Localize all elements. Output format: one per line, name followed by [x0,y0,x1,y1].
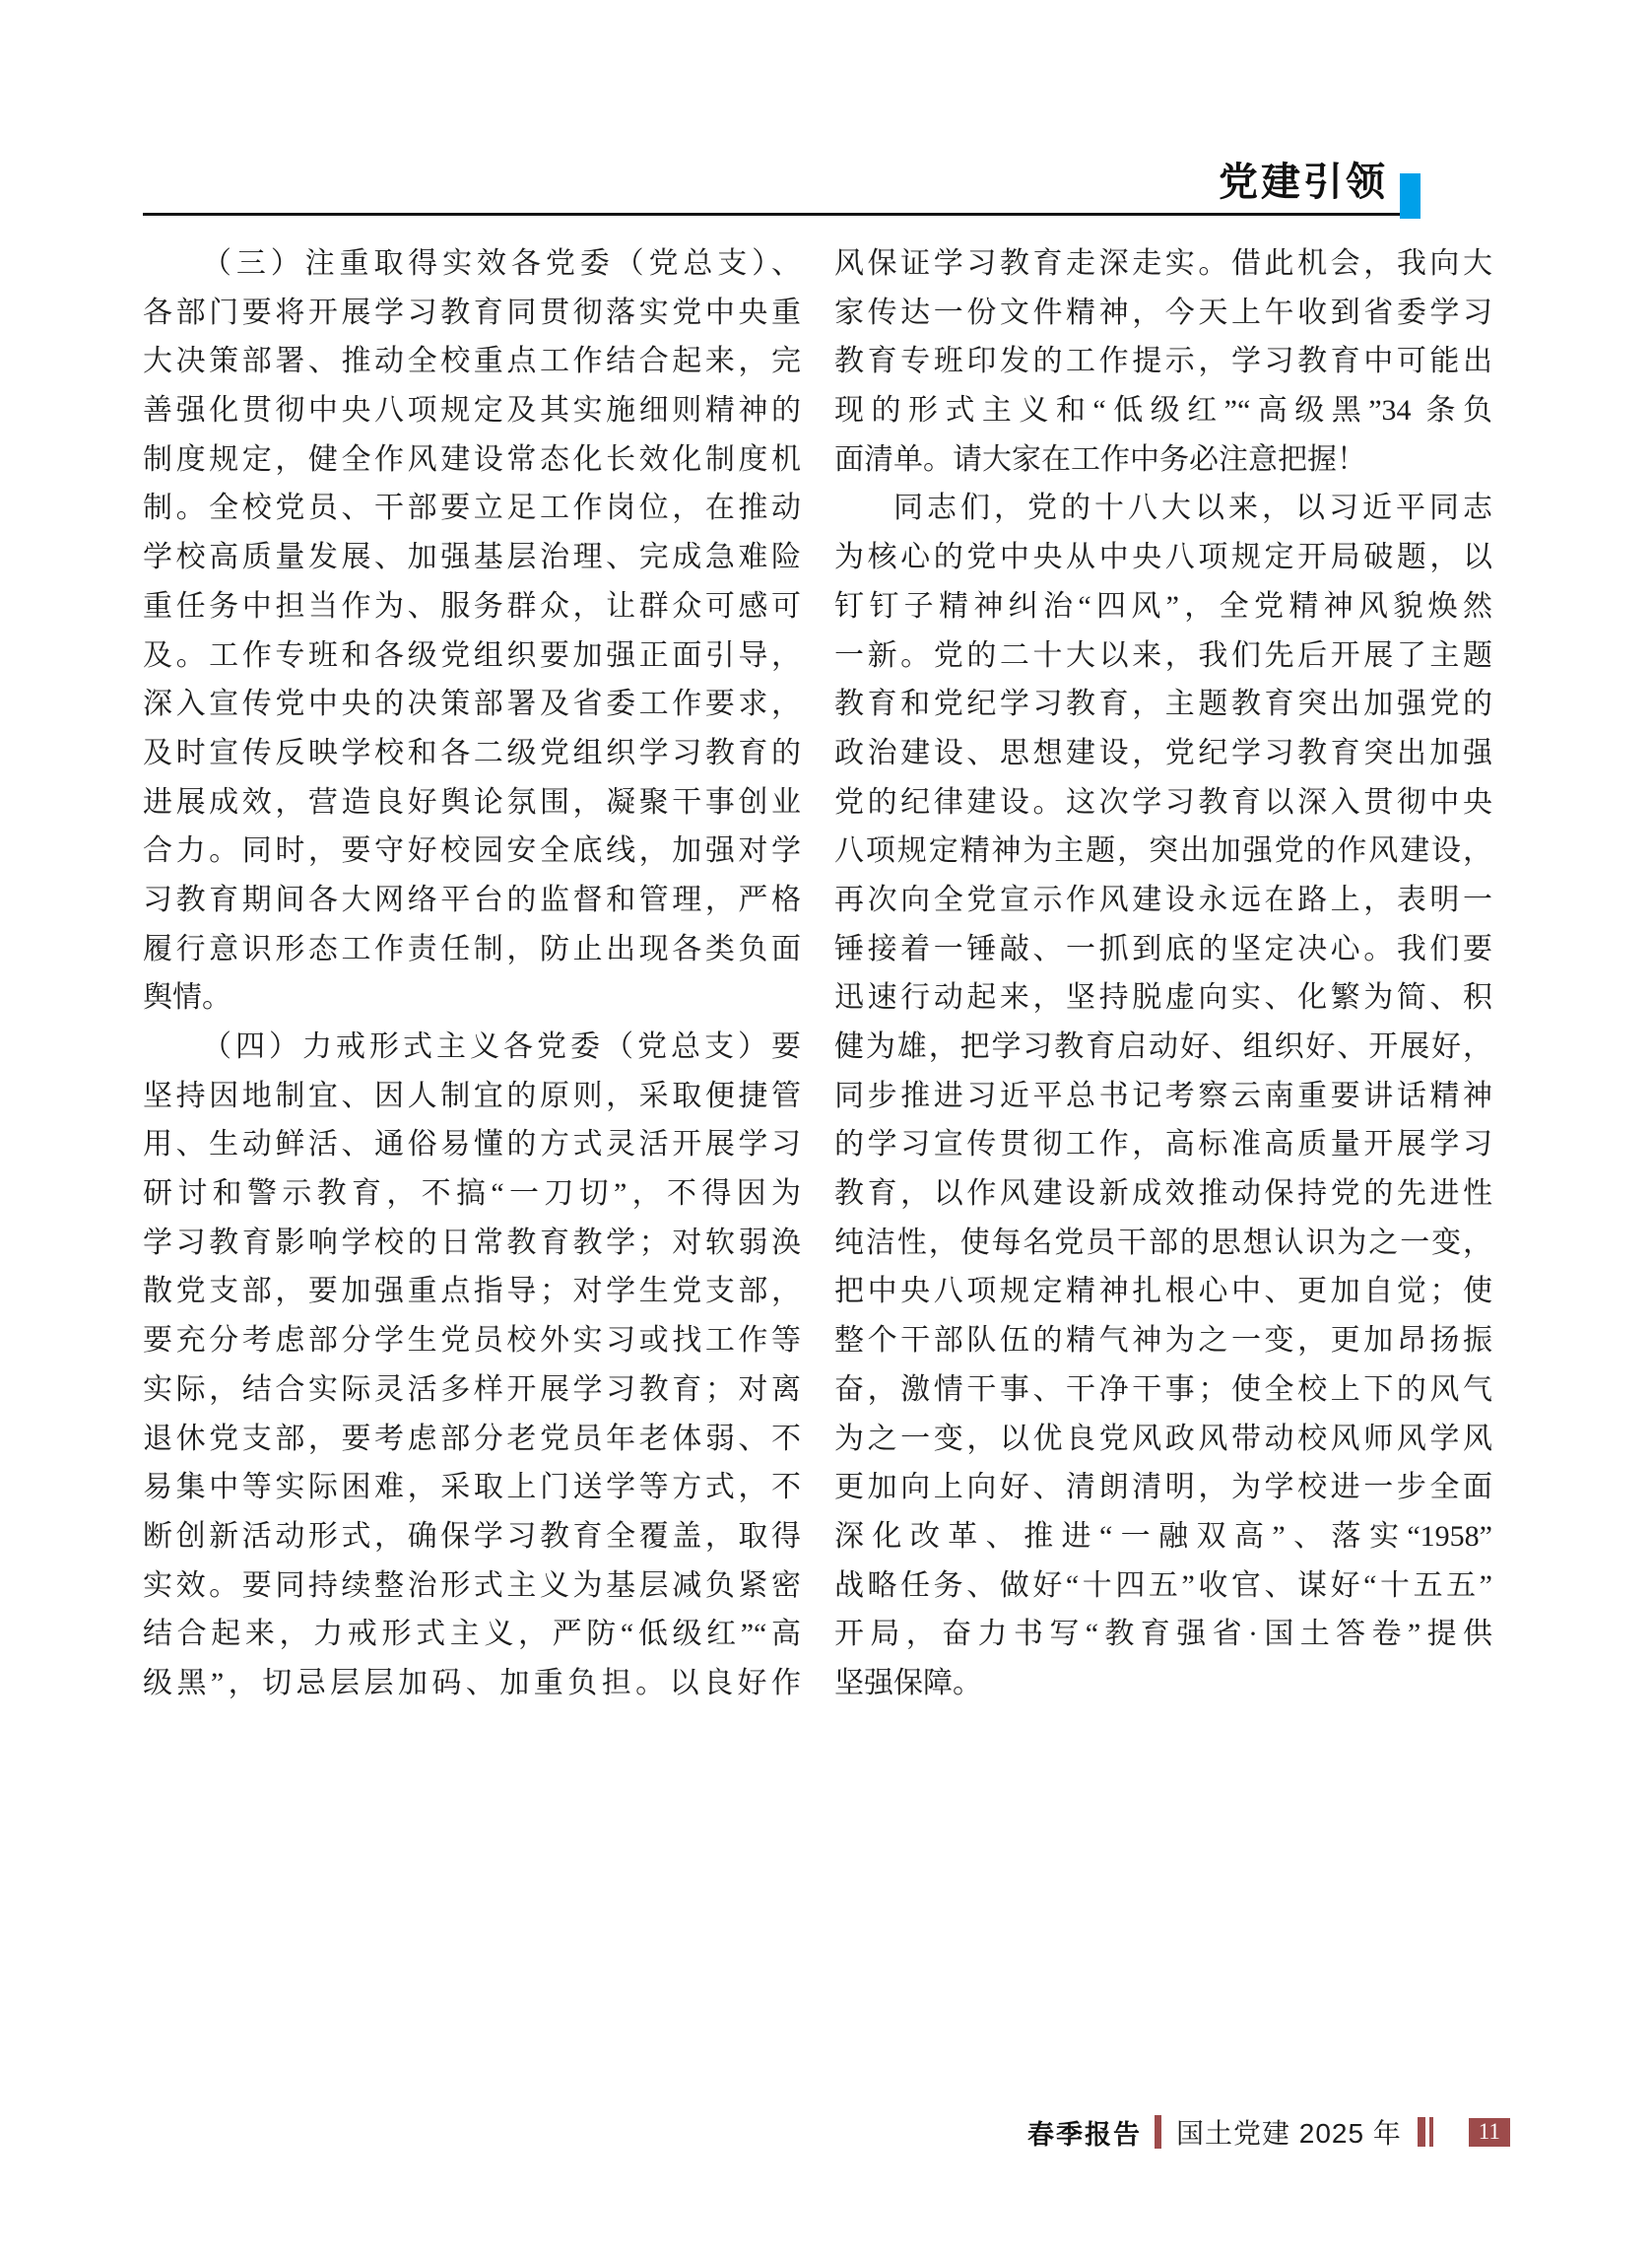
text-line: 健为雄，把学习教育启动好、组织好、开展好， [834,1023,1492,1072]
footer-report-name: 春季报告 [1027,2113,1142,2152]
text-line: 把中央八项规定精神扎根心中、更加自觉；使 [834,1267,1492,1316]
text-line: 退休党支部，要考虑部分老党员年老体弱、不 [143,1415,801,1464]
text-line: 易集中等实际困难，采取上门送学等方式，不 [143,1463,801,1512]
footer-double-bar-thin [1429,2117,1433,2147]
text-line: 再次向全党宣示作风建设永远在路上，表明一 [834,876,1492,925]
text-line: 坚持因地制宜、因人制宜的原则，采取便捷管 [143,1072,801,1121]
text-line: 整个干部队伍的精气神为之一变，更加昂扬振 [834,1316,1492,1365]
document-page: 党建引领 （三）注重取得实效各党委（党总支）、各部门要将开展学习教育同贯彻落实党… [0,0,1652,2257]
text-line: 大决策部署、推动全校重点工作结合起来，完 [143,337,801,386]
text-line: 奋，激情干事、干净干事；使全校上下的风气 [834,1365,1492,1415]
text-line: 舆情。 [143,973,801,1023]
text-line: 研讨和警示教育，不搞“一刀切”，不得因为 [143,1169,801,1219]
text-line: 开局，奋力书写“教育强省·国土答卷”提供 [834,1610,1492,1659]
text-line: 实际，结合实际灵活多样开展学习教育；对离 [143,1365,801,1415]
text-line: 断创新活动形式，确保学习教育全覆盖，取得 [143,1512,801,1561]
page-number-badge: 11 [1469,2118,1510,2147]
footer-double-bar [1418,2117,1433,2147]
text-line: 为之一变，以优良党风政风带动校风师风学风 [834,1415,1492,1464]
text-line: 用、生动鲜活、通俗易懂的方式灵活开展学习 [143,1120,801,1169]
text-line: 重任务中担当作为、服务群众，让群众可感可 [143,582,801,631]
left-column: （三）注重取得实效各党委（党总支）、各部门要将开展学习教育同贯彻落实党中央重大决… [143,239,801,1708]
text-line: 实效。要同持续整治形式主义为基层减负紧密 [143,1561,801,1611]
text-line: 教育专班印发的工作提示，学习教育中可能出 [834,337,1492,386]
text-line: 锤接着一锤敲、一抓到底的坚定决心。我们要 [834,925,1492,974]
text-line: 善强化贯彻中央八项规定及其实施细则精神的 [143,386,801,435]
text-line: 面清单。请大家在工作中务必注意把握！ [834,435,1492,485]
text-line: 学校高质量发展、加强基层治理、完成急难险 [143,533,801,582]
text-line: 钉钉子精神纠治“四风”，全党精神风貌焕然 [834,582,1492,631]
footer-separator-bar [1155,2115,1161,2149]
article-body: （三）注重取得实效各党委（党总支）、各部门要将开展学习教育同贯彻落实党中央重大决… [143,239,1492,1708]
text-line: 政治建设、思想建设，党纪学习教育突出加强 [834,729,1492,778]
text-line: 制。全校党员、干部要立足工作岗位，在推动 [143,484,801,533]
text-line: 合力。同时，要守好校园安全底线，加强对学 [143,827,801,876]
text-line: （四）力戒形式主义各党委（党总支）要 [143,1023,801,1072]
right-column: 风保证学习教育走深走实。借此机会，我向大家传达一份文件精神，今天上午收到省委学习… [834,239,1492,1708]
text-line: 各部门要将开展学习教育同贯彻落实党中央重 [143,289,801,338]
text-line: 散党支部，要加强重点指导；对学生党支部， [143,1267,801,1316]
text-line: 级黑”，切忌层层加码、加重负担。以良好作 [143,1659,801,1708]
section-title: 党建引领 [1219,160,1388,205]
text-line: 党的纪律建设。这次学习教育以深入贯彻中央 [834,778,1492,828]
text-line: 及时宣传反映学校和各二级党组织学习教育的 [143,729,801,778]
text-line: 同步推进习近平总书记考察云南重要讲话精神 [834,1072,1492,1121]
header-rule [143,213,1400,216]
text-line: 进展成效，营造良好舆论氛围，凝聚干事创业 [143,778,801,828]
header-accent-square [1400,173,1421,219]
text-line: 家传达一份文件精神，今天上午收到省委学习 [834,289,1492,338]
text-line: （三）注重取得实效各党委（党总支）、 [143,239,801,289]
text-line: 深化改革、推进“一融双高”、落实“1958” [834,1512,1492,1561]
page-footer: 春季报告 国土党建 2025 年 11 [1027,2112,1510,2152]
text-line: 教育，以作风建设新成效推动保持党的先进性 [834,1169,1492,1219]
text-line: 迅速行动起来，坚持脱虚向实、化繁为简、积 [834,973,1492,1023]
text-line: 履行意识形态工作责任制，防止出现各类负面 [143,925,801,974]
text-line: 学习教育影响学校的日常教育教学；对软弱涣 [143,1219,801,1268]
text-line: 一新。党的二十大以来，我们先后开展了主题 [834,631,1492,681]
text-line: 及。工作专班和各级党组织要加强正面引导， [143,631,801,681]
text-line: 同志们，党的十八大以来，以习近平同志 [834,484,1492,533]
text-line: 结合起来，力戒形式主义，严防“低级红”“高 [143,1610,801,1659]
text-line: 现的形式主义和“低级红”“高级黑”34 条负 [834,386,1492,435]
text-line: 深入宣传党中央的决策部署及省委工作要求， [143,680,801,729]
text-line: 八项规定精神为主题，突出加强党的作风建设， [834,827,1492,876]
text-line: 为核心的党中央从中央八项规定开局破题，以 [834,533,1492,582]
text-line: 坚强保障。 [834,1659,1492,1708]
footer-double-bar-thick [1418,2117,1425,2147]
page-number: 11 [1479,2119,1500,2145]
text-line: 的学习宣传贯彻工作，高标准高质量开展学习 [834,1120,1492,1169]
text-line: 习教育期间各大网络平台的监督和管理，严格 [143,876,801,925]
text-line: 更加向上向好、清朗清明，为学校进一步全面 [834,1463,1492,1512]
text-line: 教育和党纪学习教育，主题教育突出加强党的 [834,680,1492,729]
text-line: 战略任务、做好“十四五”收官、谋好“十五五” [834,1561,1492,1611]
text-line: 纯洁性，使每名党员干部的思想认识为之一变， [834,1219,1492,1268]
text-line: 制度规定，健全作风建设常态化长效化制度机 [143,435,801,485]
footer-journal-title: 国土党建 2025 年 [1176,2112,1402,2152]
text-line: 风保证学习教育走深走实。借此机会，我向大 [834,239,1492,289]
text-line: 要充分考虑部分学生党员校外实习或找工作等 [143,1316,801,1365]
